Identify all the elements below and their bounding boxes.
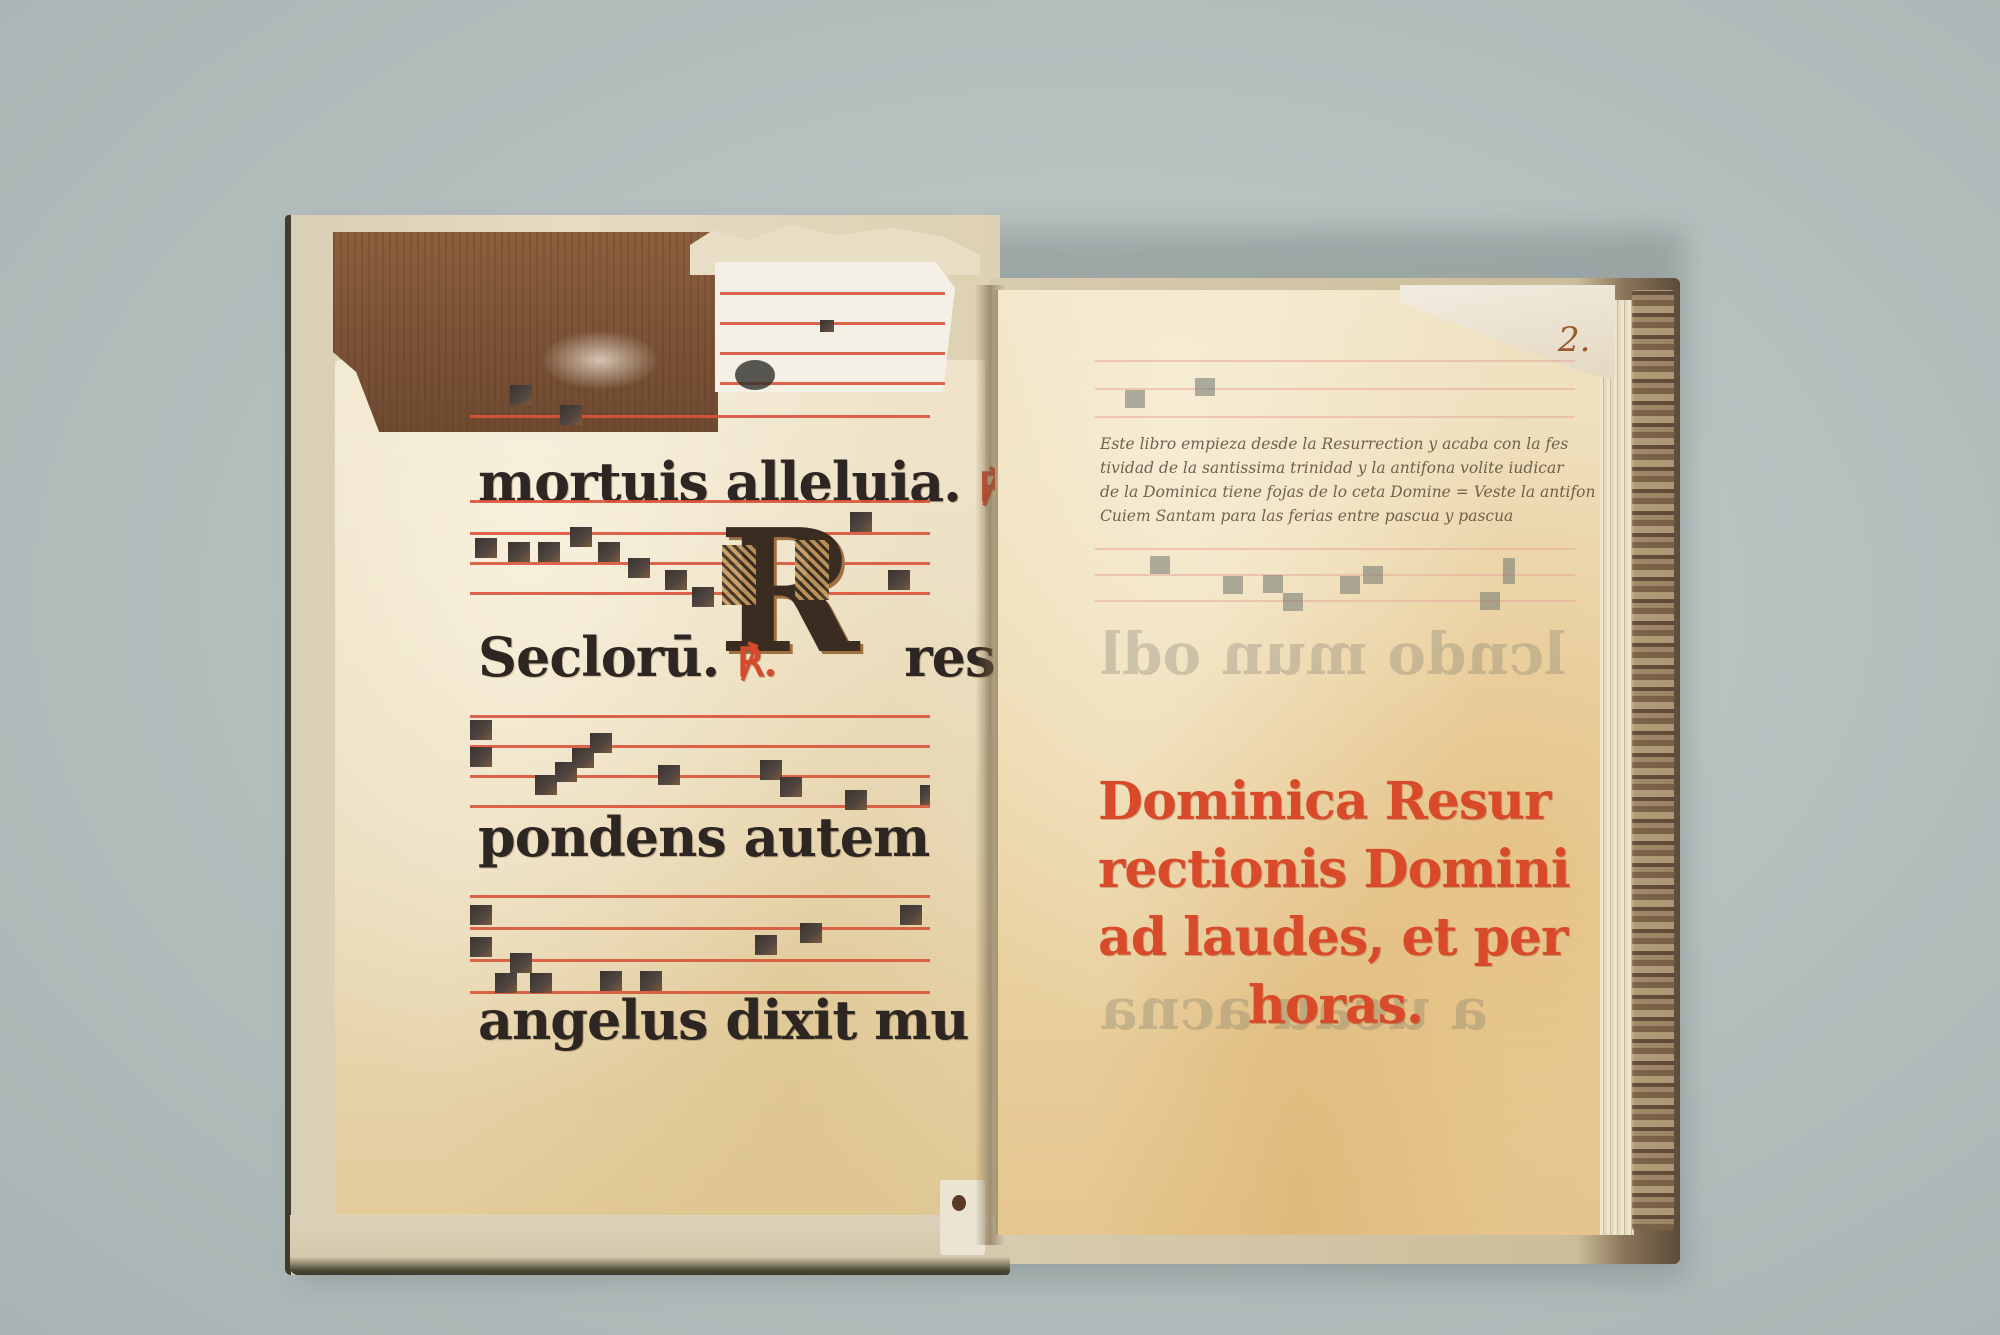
- nail-head-icon: [952, 1195, 966, 1211]
- lyric-text: angelus dixit mu: [478, 988, 968, 1052]
- handwritten-note: Este libro empieza desde la Resurrection…: [1100, 432, 1620, 528]
- ink-blot: [735, 360, 775, 390]
- folio-number: 2.: [1558, 320, 1590, 360]
- title-line-1: Dominica Resur: [1098, 768, 1568, 836]
- title-line-3: ad laudes, et per: [1098, 904, 1568, 972]
- title-line-2: rectionis Domini: [1098, 836, 1568, 904]
- response-rubric: ℟.: [737, 639, 776, 686]
- knotwork-left-icon: [722, 545, 756, 605]
- bleed-through-text: lcndo mun odl: [1100, 620, 1566, 688]
- lyric-line-4: angelus dixit mu: [478, 988, 968, 1052]
- bottom-cover-strip: [290, 1215, 1010, 1275]
- decayed-spine-edge: [1632, 290, 1674, 1230]
- plaster-residue: [540, 330, 660, 390]
- office-title: Dominica Resur rectionis Domini ad laude…: [1098, 768, 1568, 1040]
- lyric-text: pondens autem: [478, 805, 929, 869]
- lyric-line-2: Seclorū. ℟. res: [478, 625, 994, 689]
- manuscript-photo: mortuis alleluia. ℟. R Seclorū. ℟. res: [0, 0, 2000, 1335]
- lyric-text: Seclorū.: [478, 625, 719, 689]
- note-line: Este libro empieza desde la Resurrection…: [1100, 432, 1620, 456]
- note-line: tividad de la santissima trinidad y la a…: [1100, 456, 1620, 480]
- lyric-line-3: pondens autem: [478, 805, 929, 869]
- note-line: de la Dominica tiene fojas de lo ceta Do…: [1100, 480, 1620, 504]
- title-line-4: horas.: [1098, 972, 1568, 1040]
- knotwork-right-icon: [795, 540, 829, 600]
- note-line: Cuiem Santam para las ferias entre pascu…: [1100, 504, 1620, 528]
